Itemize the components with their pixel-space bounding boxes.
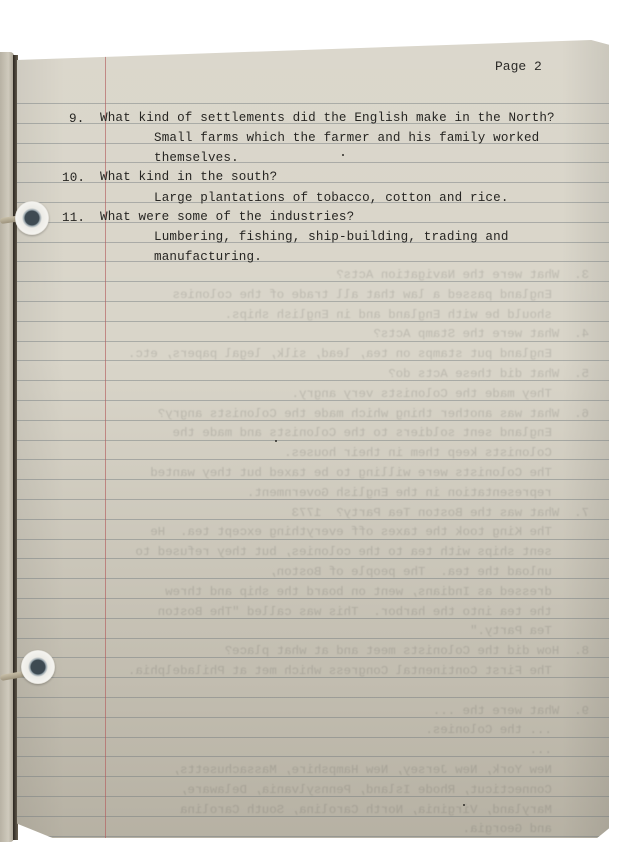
bleed-through-line: ...: [69, 743, 589, 757]
bleed-through-line: They made the Colonists very angry.: [69, 387, 589, 401]
question-number: 11.: [62, 211, 85, 225]
bleed-through-line: 8. How did the Colonists meet and at wha…: [69, 644, 589, 658]
bleed-through-line: 6. What was another thing which made the…: [69, 407, 589, 421]
answer-line: Large plantations of tobacco, cotton and…: [154, 191, 509, 205]
question-text: What were some of the industries?: [100, 210, 354, 224]
bleed-through-line: and Georgia.: [69, 822, 589, 836]
question-number: 10.: [62, 171, 85, 185]
answer-line: themselves.: [154, 151, 239, 165]
bleed-through-line: 4. What were the Stamp Acts?: [69, 327, 589, 341]
question-number: 9.: [69, 112, 84, 126]
bleed-through-line: New York, New Jersey, New Hampshire, Mas…: [69, 763, 589, 777]
bleed-through-line: Connecticut, Rhode Island, Pennsylvania,…: [69, 783, 589, 797]
bleed-through-line: England sent soldiers to the Colonists a…: [69, 426, 589, 440]
bleed-through-line: 3. What were the Navigation Acts?: [69, 268, 589, 282]
bleed-through-line: 9. What were the ...: [69, 704, 589, 718]
page-number: Page 2: [495, 59, 542, 74]
bleed-through-line: Maryland, Virginia, North Carolina, Sout…: [69, 803, 589, 817]
answer-line: Lumbering, fishing, ship-building, tradi…: [154, 230, 509, 244]
bleed-through-line: England put stamps on tea, lead, silk, l…: [69, 347, 589, 361]
bleed-through-line: the tea into the harbor. This was called…: [69, 605, 589, 619]
question-text: What kind of settlements did the English…: [100, 111, 555, 125]
bleed-through-line: England passed a law that all trade of t…: [69, 288, 589, 302]
binder-eyelet-top: [15, 201, 49, 235]
bleed-through-line: representation in the English Government…: [69, 486, 589, 500]
paper-speck: [463, 804, 465, 806]
answer-line: manufacturing.: [154, 250, 262, 264]
bleed-through-line: sent ships with tea to the colonies, but…: [69, 545, 589, 559]
bleed-through-line: dressed as Indians, went on board the sh…: [69, 585, 589, 599]
bleed-through-line: unload the tea. The people of Boston,: [69, 565, 589, 579]
paper-speck: [275, 440, 277, 442]
bleed-through-line: should be with England and in English sh…: [69, 308, 589, 322]
photo-scene: Page 2 9. What kind of settlements did t…: [0, 0, 640, 853]
answer-line: Small farms which the farmer and his fam…: [154, 131, 539, 145]
bleed-through-line: Tea Party.": [69, 624, 589, 638]
bleed-through-line: Colonists keep them in their houses.: [69, 446, 589, 460]
binder-eyelet-bottom: [21, 650, 55, 684]
paper-speck: [342, 154, 344, 156]
bleed-through-line: 5. What did these Acts do?: [69, 367, 589, 381]
notebook-page: Page 2 9. What kind of settlements did t…: [17, 40, 609, 838]
bleed-through-line: The Colonists were willing to be taxed b…: [69, 466, 589, 480]
binder-back-page: [0, 52, 14, 842]
bleed-through-line: ... the Colonies.: [69, 723, 589, 737]
bleed-through-line: 7. What was the Boston Tea Party? 1773: [69, 506, 589, 520]
bleed-through-line: The King took the taxes off everything e…: [69, 525, 589, 539]
bleed-through-line: The First Continental Congress which met…: [69, 664, 589, 678]
question-text: What kind in the south?: [100, 170, 277, 184]
